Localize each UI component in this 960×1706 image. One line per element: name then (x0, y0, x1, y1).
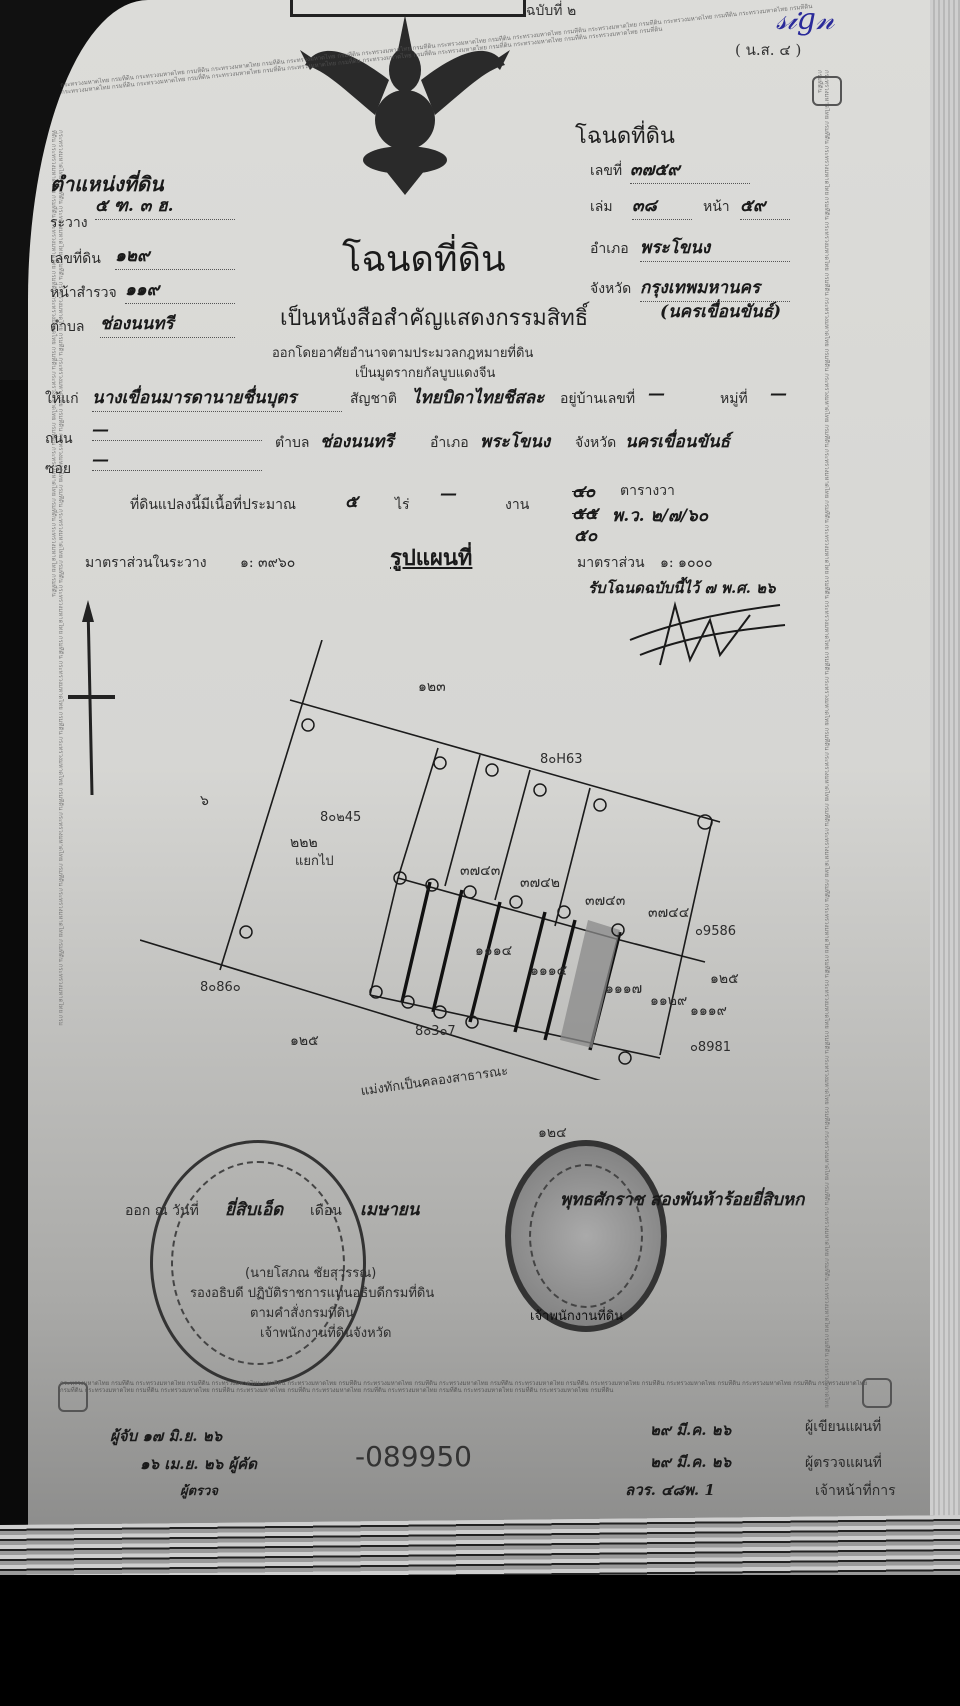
page-value: ๕๙ (740, 192, 790, 220)
wa-note: พ.ว. ๒/๗/๖๐ (612, 502, 708, 529)
footer-right-line2-date: ๒๙ มี.ค. ๒๖ (650, 1450, 731, 1474)
footer-right-line3-value: ลวร. ๔๘พ. 1 (625, 1478, 715, 1502)
security-microtext-right: กระทรวงมหาดไทย กรมที่ดิน กระทรวงมหาดไทย … (800, 70, 830, 1420)
house-no-label: อยู่บ้านเลขที่ (560, 388, 635, 410)
marker-code-east: ๐9586 (695, 920, 736, 941)
upper-subparcel-4: ๓๗๔๔ (648, 902, 689, 924)
map-scale-value: ๑: ๑๐๐๐ (660, 552, 713, 574)
main-title: โฉนดที่ดิน (342, 230, 506, 287)
nationality-value: ไทยบิดาไทยชีสละ (412, 384, 544, 411)
north-arrow-icon (60, 600, 120, 800)
footer-right-line1-date: ๒๙ มี.ค. ๒๖ (650, 1418, 731, 1442)
district-value: พระโขนง (640, 234, 790, 262)
province-note: (นครเขื่อนขันธ์) (660, 298, 781, 325)
sheet-no-value: ๕ ฑ. ๓ ฮ. (95, 192, 235, 220)
issued-by-line2: เป็นมูตรากยกัลบูบแดงจีน (355, 362, 495, 383)
tambon-value: ช่องนนทรี (320, 428, 394, 455)
issued-day-value: ยี่สิบเอ็ด (225, 1196, 283, 1223)
district-label: อำเภอ (590, 238, 629, 260)
changwat-label: จังหวัด (575, 432, 616, 454)
map-scale-label: มาตราส่วน (577, 552, 645, 574)
corner-ornament-icon (862, 1378, 892, 1408)
sheet-scale-label: มาตราส่วนในระวาง (85, 552, 207, 574)
year-value: พุทธศักราช สองพันห้าร้อยยี่สิบหก (560, 1186, 804, 1213)
right-seal-icon (505, 1140, 667, 1332)
upper-subparcel-1: ๓๗๔๓ (460, 860, 500, 882)
book-label: เล่ม (590, 196, 613, 218)
official-title-1: รองอธิบดี ปฏิบัติราชการแทนอธิบดีกรมที่ดิ… (190, 1282, 434, 1303)
rai-label: ไร่ (395, 494, 410, 516)
subdistrict-label: ตำบล (50, 316, 84, 338)
lower-subparcel-3: ๑๑๑๗ (605, 978, 642, 1000)
upper-subparcel-3: ๓๗๔๓ (585, 890, 625, 912)
right-seal-text: เจ้าพนักงานที่ดิน (530, 1305, 623, 1326)
amphoe-value: พระโขนง (480, 428, 550, 455)
corner-ornament-icon (812, 76, 842, 106)
moo-label: หมู่ที่ (720, 388, 748, 410)
wa-value: ๕๐ (574, 522, 597, 549)
changwat-value: นครเขื่อนขันธ์ (625, 428, 730, 455)
background-dark (0, 1575, 960, 1706)
page-label: หน้า (703, 196, 730, 218)
tambon-label: ตำบล (275, 432, 309, 454)
road-value: — (92, 420, 262, 441)
marker-code-bottom: 8๐3๐7 (415, 1020, 456, 1041)
ngan-value: — (440, 484, 457, 504)
neighbor-parcel-west: ๖ (200, 790, 209, 812)
deed-heading: โฉนดที่ดิน (575, 118, 675, 153)
sheet-scale-value: ๑: ๓๙๖๐ (240, 552, 295, 574)
neighbor-parcel-south: ๑๒๔ (538, 1122, 567, 1144)
deed-no-value: ๓๗๕๙ (630, 156, 750, 184)
official-name: (นายโสภณ ชัยสุวรรณ) (245, 1262, 376, 1283)
neighbor-parcel-south-west: ๑๒๕ (290, 1030, 319, 1052)
lower-subparcel-6: ๑๑๑๙ (690, 1000, 727, 1022)
footer-right-line2-label: ผู้ตรวจแผนที่ (805, 1452, 882, 1474)
official-title-2: ตามคำสั่งกรมที่ดิน (250, 1302, 354, 1323)
footer-right-line3-label: เจ้าหน้าที่การ (815, 1480, 896, 1502)
wa-label: ตารางวา (620, 480, 675, 502)
province-label: จังหวัด (590, 278, 631, 300)
marker-code-se: ๐8981 (690, 1036, 731, 1057)
soi-label: ซอย (45, 458, 71, 480)
parcel-no-label: เลขที่ดิน (50, 248, 101, 270)
lower-subparcel-shaded: ๑๑๒๙ (650, 990, 687, 1012)
parcel-no-value: ๑๒๙ (115, 242, 235, 270)
ngan-label: งาน (505, 494, 529, 516)
issued-by-line1: ออกโดยอาศัยอำนาจตามประมวลกฎหมายที่ดิน (272, 342, 533, 363)
sheet-no-label: ระวาง (50, 212, 88, 234)
map-title: รูปแผนที่ (390, 540, 472, 575)
moo-value: — (770, 384, 787, 404)
security-microtext-bottom: กระทรวงมหาดไทย กรมที่ดิน กระทรวงมหาดไทย … (60, 1380, 870, 1410)
footer-left-line1: ผู้จับ ๑๗ มิ.ย. ๒๖ (110, 1424, 222, 1448)
upper-subparcel-2: ๓๗๔๒ (520, 872, 560, 894)
road-label: ถนน (45, 428, 73, 450)
book-value: ๓๘ (632, 192, 692, 220)
deed-no-label: เลขที่ (590, 160, 622, 182)
owner-label: ให้แก่ (45, 388, 79, 410)
copy-note: ฉบับที่ ๒ (526, 0, 576, 22)
footer-left-line3: ผู้ตรวจ (180, 1480, 218, 1501)
lower-subparcel-2: ๑๑๑๕ (530, 960, 567, 982)
survey-page-value: ๑๑๙ (125, 276, 235, 304)
neighbor-parcel-east: ๑๒๕ (710, 968, 739, 990)
owner-value: นางเขื่อนมารดานายชื่นบุตร (92, 384, 342, 412)
nationality-label: สัญชาติ (350, 388, 397, 410)
subdistrict-value: ช่องนนทรี (100, 310, 235, 338)
marker-code-top: 8๐H63 (540, 748, 583, 769)
footer-left-line2: ๑๖ เม.ย. ๒๖ ผู้คัด (140, 1452, 257, 1476)
stacked-pages-edge (930, 0, 960, 1530)
parcel-map (140, 640, 760, 1080)
corner-ornament-icon (58, 1382, 88, 1412)
official-title-3: เจ้าพนักงานที่ดินจังหวัด (260, 1322, 391, 1343)
receipt-note: รับโฉนดฉบับนี้ไว้ ๗ พ.ศ. ๒๖ (588, 576, 776, 600)
serial-number: -089950 (355, 1440, 472, 1473)
rai-value: ๕ (345, 488, 358, 515)
house-no-value: — (648, 384, 665, 404)
marker-code-sw: 8๐86๐ (200, 976, 241, 997)
month-label: เดือน (310, 1200, 342, 1222)
footer-right-line1-label: ผู้เขียนแผนที่ (805, 1416, 881, 1438)
main-parcel-note: แยกไป (295, 850, 334, 871)
month-value: เมษายน (360, 1196, 419, 1223)
subtitle: เป็นหนังสือสำคัญแสดงกรรมสิทธิ์ (280, 300, 588, 335)
soi-value: — (92, 450, 262, 471)
lower-subparcel-1: ๑๑๑๔ (475, 940, 512, 962)
amphoe-label: อำเภอ (430, 432, 469, 454)
neighbor-parcel-north: ๑๒๓ (418, 676, 446, 698)
survey-page-label: หน้าสำรวจ (50, 282, 117, 304)
marker-code-top-left: 8๐๒45 (320, 806, 361, 827)
issued-date-label: ออก ณ วันที่ (125, 1200, 199, 1222)
area-label: ที่ดินแปลงนี้มีเนื้อที่ประมาณ (130, 494, 296, 516)
